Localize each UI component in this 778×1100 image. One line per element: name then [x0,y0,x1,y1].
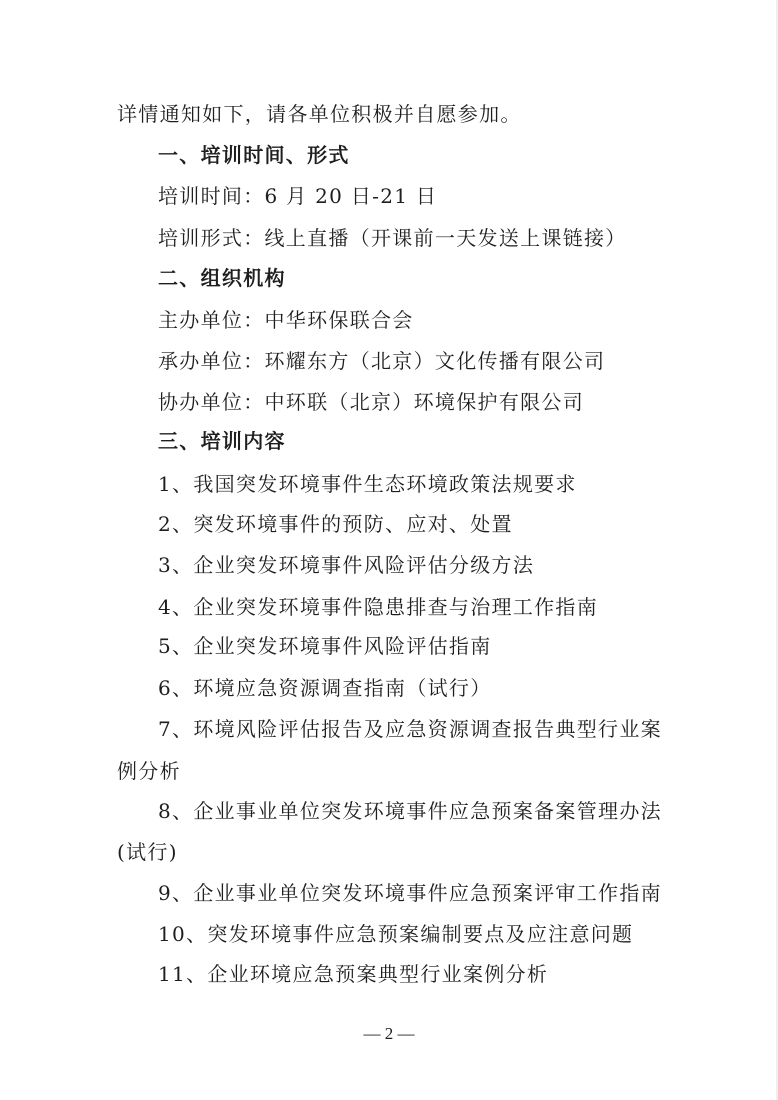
co-organizer: 协办单位：中环联（北京）环境保护有限公司 [158,382,698,423]
host-organization: 主办单位：中华环保联合会 [158,300,698,341]
training-time: 培训时间：6 月 20 日-21 日 [158,176,698,217]
list-item: 5、企业突发环境事件风险评估指南 [158,626,698,667]
list-item: 9、企业事业单位突发环境事件应急预案评审工作指南 [158,873,698,914]
list-item: 10、突发环境事件应急预案编制要点及应注意问题 [158,914,698,955]
list-item-continuation: (试行) [117,832,657,873]
training-format: 培训形式：线上直播（开课前一天发送上课链接） [158,218,698,259]
page-number: — 2 — [0,1020,778,1048]
section-heading-training-time-format: 一、培训时间、形式 [158,135,698,176]
list-item: 8、企业事业单位突发环境事件应急预案备案管理办法 [158,791,698,832]
intro-paragraph: 详情通知如下，请各单位积极并自愿参加。 [117,94,657,135]
list-item: 3、企业突发环境事件风险评估分级方法 [158,545,698,586]
list-item: 1、我国突发环境事件生态环境政策法规要求 [158,464,698,505]
list-item: 2、突发环境事件的预防、应对、处置 [158,504,698,545]
organizer: 承办单位：环耀东方（北京）文化传播有限公司 [158,341,698,382]
section-heading-training-content: 三、培训内容 [158,421,698,462]
list-item: 7、环境风险评估报告及应急资源调查报告典型行业案 [158,709,698,750]
section-heading-organization: 二、组织机构 [158,258,698,299]
list-item: 6、环境应急资源调查指南（试行） [158,668,698,709]
list-item-continuation: 例分析 [117,751,657,792]
list-item: 11、企业环境应急预案典型行业案例分析 [158,954,698,995]
list-item: 4、企业突发环境事件隐患排查与治理工作指南 [158,587,698,628]
